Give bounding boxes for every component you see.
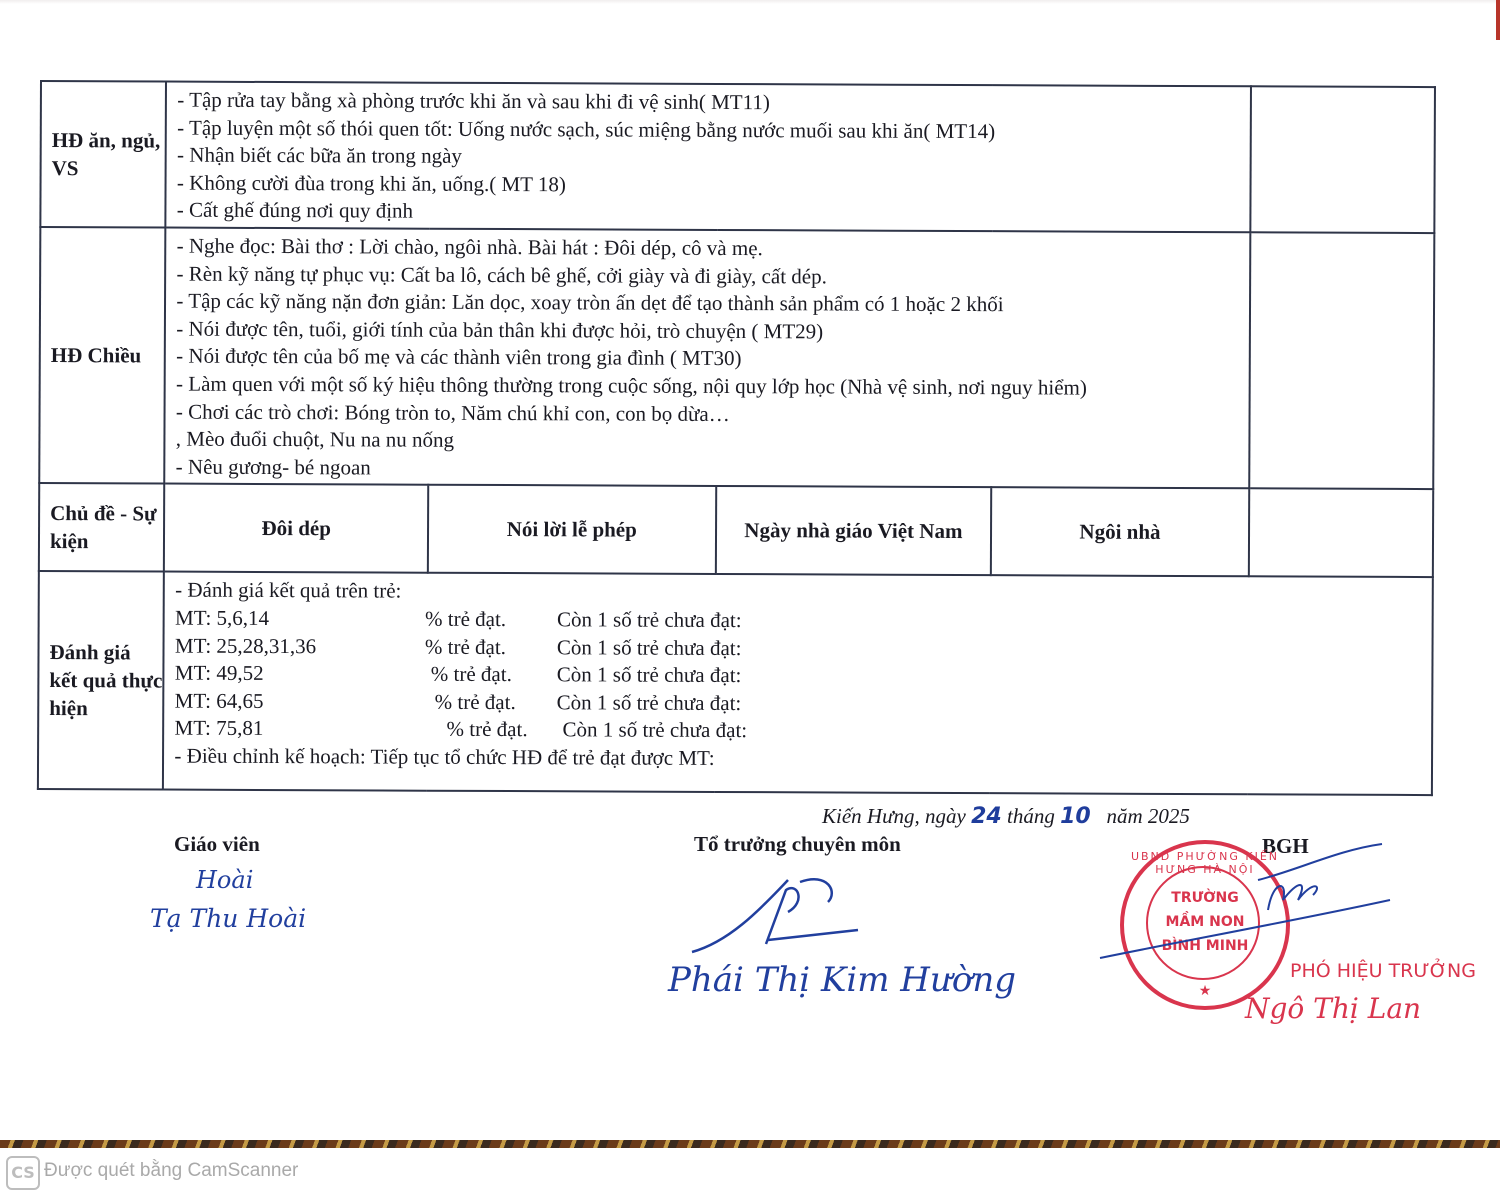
teacher-name: Tạ Thu Hoài bbox=[150, 904, 306, 933]
head-role: Tổ trưởng chuyên môn bbox=[694, 832, 901, 857]
evaluation-content: - Đánh giá kết quả trên trẻ: MT: 5,6,14 … bbox=[163, 572, 1433, 796]
evaluation-remaining: Còn 1 số trẻ chưa đạt: bbox=[562, 717, 747, 745]
date-month: 10 bbox=[1060, 804, 1091, 829]
signature-section: Kiến Hưng, ngày 24 tháng 10 năm 2025 Giá… bbox=[0, 800, 1500, 1130]
list-item: - Nêu gương- bé ngoan bbox=[176, 453, 1241, 485]
topic-week-2: Nói lời lễ phép bbox=[428, 485, 716, 574]
evaluation-percent: % trẻ đạt. bbox=[431, 661, 557, 689]
scan-top-edge bbox=[0, 0, 1500, 4]
row-label-evaluation: Đánh giá kết quả thực hiện bbox=[38, 571, 164, 790]
date-month-label: tháng bbox=[1007, 804, 1055, 828]
evaluation-remaining: Còn 1 số trẻ chưa đạt: bbox=[557, 689, 742, 717]
empty-cell bbox=[1250, 86, 1435, 233]
evaluation-goals: MT: 49,52 bbox=[175, 660, 431, 689]
camscanner-logo-icon: CS bbox=[6, 1156, 40, 1190]
row-label-meals: HĐ ăn, ngủ, VS bbox=[40, 81, 166, 228]
row-label-afternoon: HĐ Chiều bbox=[39, 227, 166, 484]
table-row-meals: HĐ ăn, ngủ, VS - Tập rửa tay bằng xà phò… bbox=[40, 81, 1435, 233]
evaluation-remaining: Còn 1 số trẻ chưa đạt: bbox=[557, 606, 742, 634]
evaluation-percent: % trẻ đạt. bbox=[425, 633, 557, 661]
list-item: , Mèo đuổi chuột, Nu na nu nống bbox=[176, 426, 1241, 458]
evaluation-remaining: Còn 1 số trẻ chưa đạt: bbox=[557, 661, 742, 689]
topic-week-4: Ngôi nhà bbox=[991, 487, 1249, 576]
list-item: - Nghe đọc: Bài thơ : Lời chào, ngôi nhà… bbox=[177, 233, 1242, 265]
scan-bottom-edge bbox=[0, 1140, 1500, 1148]
evaluation-goals: MT: 5,6,14 bbox=[175, 605, 425, 634]
list-item: - Làm quen với một số ký hiệu thông thườ… bbox=[176, 371, 1241, 403]
head-name: Phái Thị Kim Hường bbox=[668, 960, 1016, 1000]
board-title: PHÓ HIỆU TRƯỞNG bbox=[1290, 960, 1476, 982]
evaluation-percent: % trẻ đạt. bbox=[425, 606, 557, 634]
scanner-footer: CS Được quét bằng CamScanner bbox=[0, 1150, 1500, 1195]
date-year: năm 2025 bbox=[1106, 804, 1189, 828]
scan-edge-mark bbox=[1496, 0, 1500, 40]
teacher-signature: Hoài bbox=[196, 866, 253, 894]
teacher-role: Giáo viên bbox=[174, 832, 260, 857]
topic-week-5 bbox=[1249, 489, 1434, 578]
head-signature-mark bbox=[688, 872, 868, 962]
meals-content: - Tập rửa tay bằng xà phòng trước khi ăn… bbox=[166, 82, 1251, 233]
evaluation-goals: MT: 25,28,31,36 bbox=[175, 632, 425, 661]
evaluation-percent: % trẻ đạt. bbox=[446, 716, 562, 744]
plan-adjustment: - Điều chỉnh kế hoạch: Tiếp tục tổ chức … bbox=[174, 742, 1423, 775]
table-row-afternoon: HĐ Chiều - Nghe đọc: Bài thơ : Lời chào,… bbox=[39, 227, 1434, 489]
topic-week-1: Đôi dép bbox=[164, 484, 428, 573]
board-name: Ngô Thị Lan bbox=[1245, 992, 1421, 1025]
table-row-topics: Chủ đề - Sự kiện Đôi dép Nói lời lễ phép… bbox=[39, 483, 1433, 577]
weekly-plan-table: HĐ ăn, ngủ, VS - Tập rửa tay bằng xà phò… bbox=[37, 80, 1436, 796]
row-label-topics: Chủ đề - Sự kiện bbox=[39, 483, 165, 572]
list-item: - Nhận biết các bữa ăn trong ngày bbox=[177, 142, 1242, 174]
afternoon-content: - Nghe đọc: Bài thơ : Lời chào, ngôi nhà… bbox=[165, 228, 1251, 489]
evaluation-percent: % trẻ đạt. bbox=[435, 688, 557, 716]
evaluation-goals: MT: 64,65 bbox=[175, 687, 435, 716]
evaluation-remaining: Còn 1 số trẻ chưa đạt: bbox=[557, 634, 742, 662]
topic-week-3: Ngày nhà giáo Việt Nam bbox=[715, 486, 991, 575]
empty-cell bbox=[1249, 232, 1434, 489]
list-item: - Tập rửa tay bằng xà phòng trước khi ăn… bbox=[177, 87, 1242, 119]
list-item: - Cất ghế đúng nơi quy định bbox=[177, 197, 1242, 229]
camscanner-watermark: Được quét bằng CamScanner bbox=[44, 1160, 298, 1182]
date-day: 24 bbox=[971, 804, 1002, 829]
date-line: Kiến Hưng, ngày 24 tháng 10 năm 2025 bbox=[822, 804, 1190, 829]
date-prefix: Kiến Hưng, ngày bbox=[822, 804, 966, 828]
list-item: - Tập các kỹ năng nặn đơn giản: Lăn dọc,… bbox=[176, 288, 1241, 320]
evaluation-goals: MT: 75,81 bbox=[175, 715, 447, 744]
table-row-evaluation: Đánh giá kết quả thực hiện - Đánh giá kế… bbox=[38, 571, 1433, 795]
board-signature-mark bbox=[1098, 840, 1398, 970]
